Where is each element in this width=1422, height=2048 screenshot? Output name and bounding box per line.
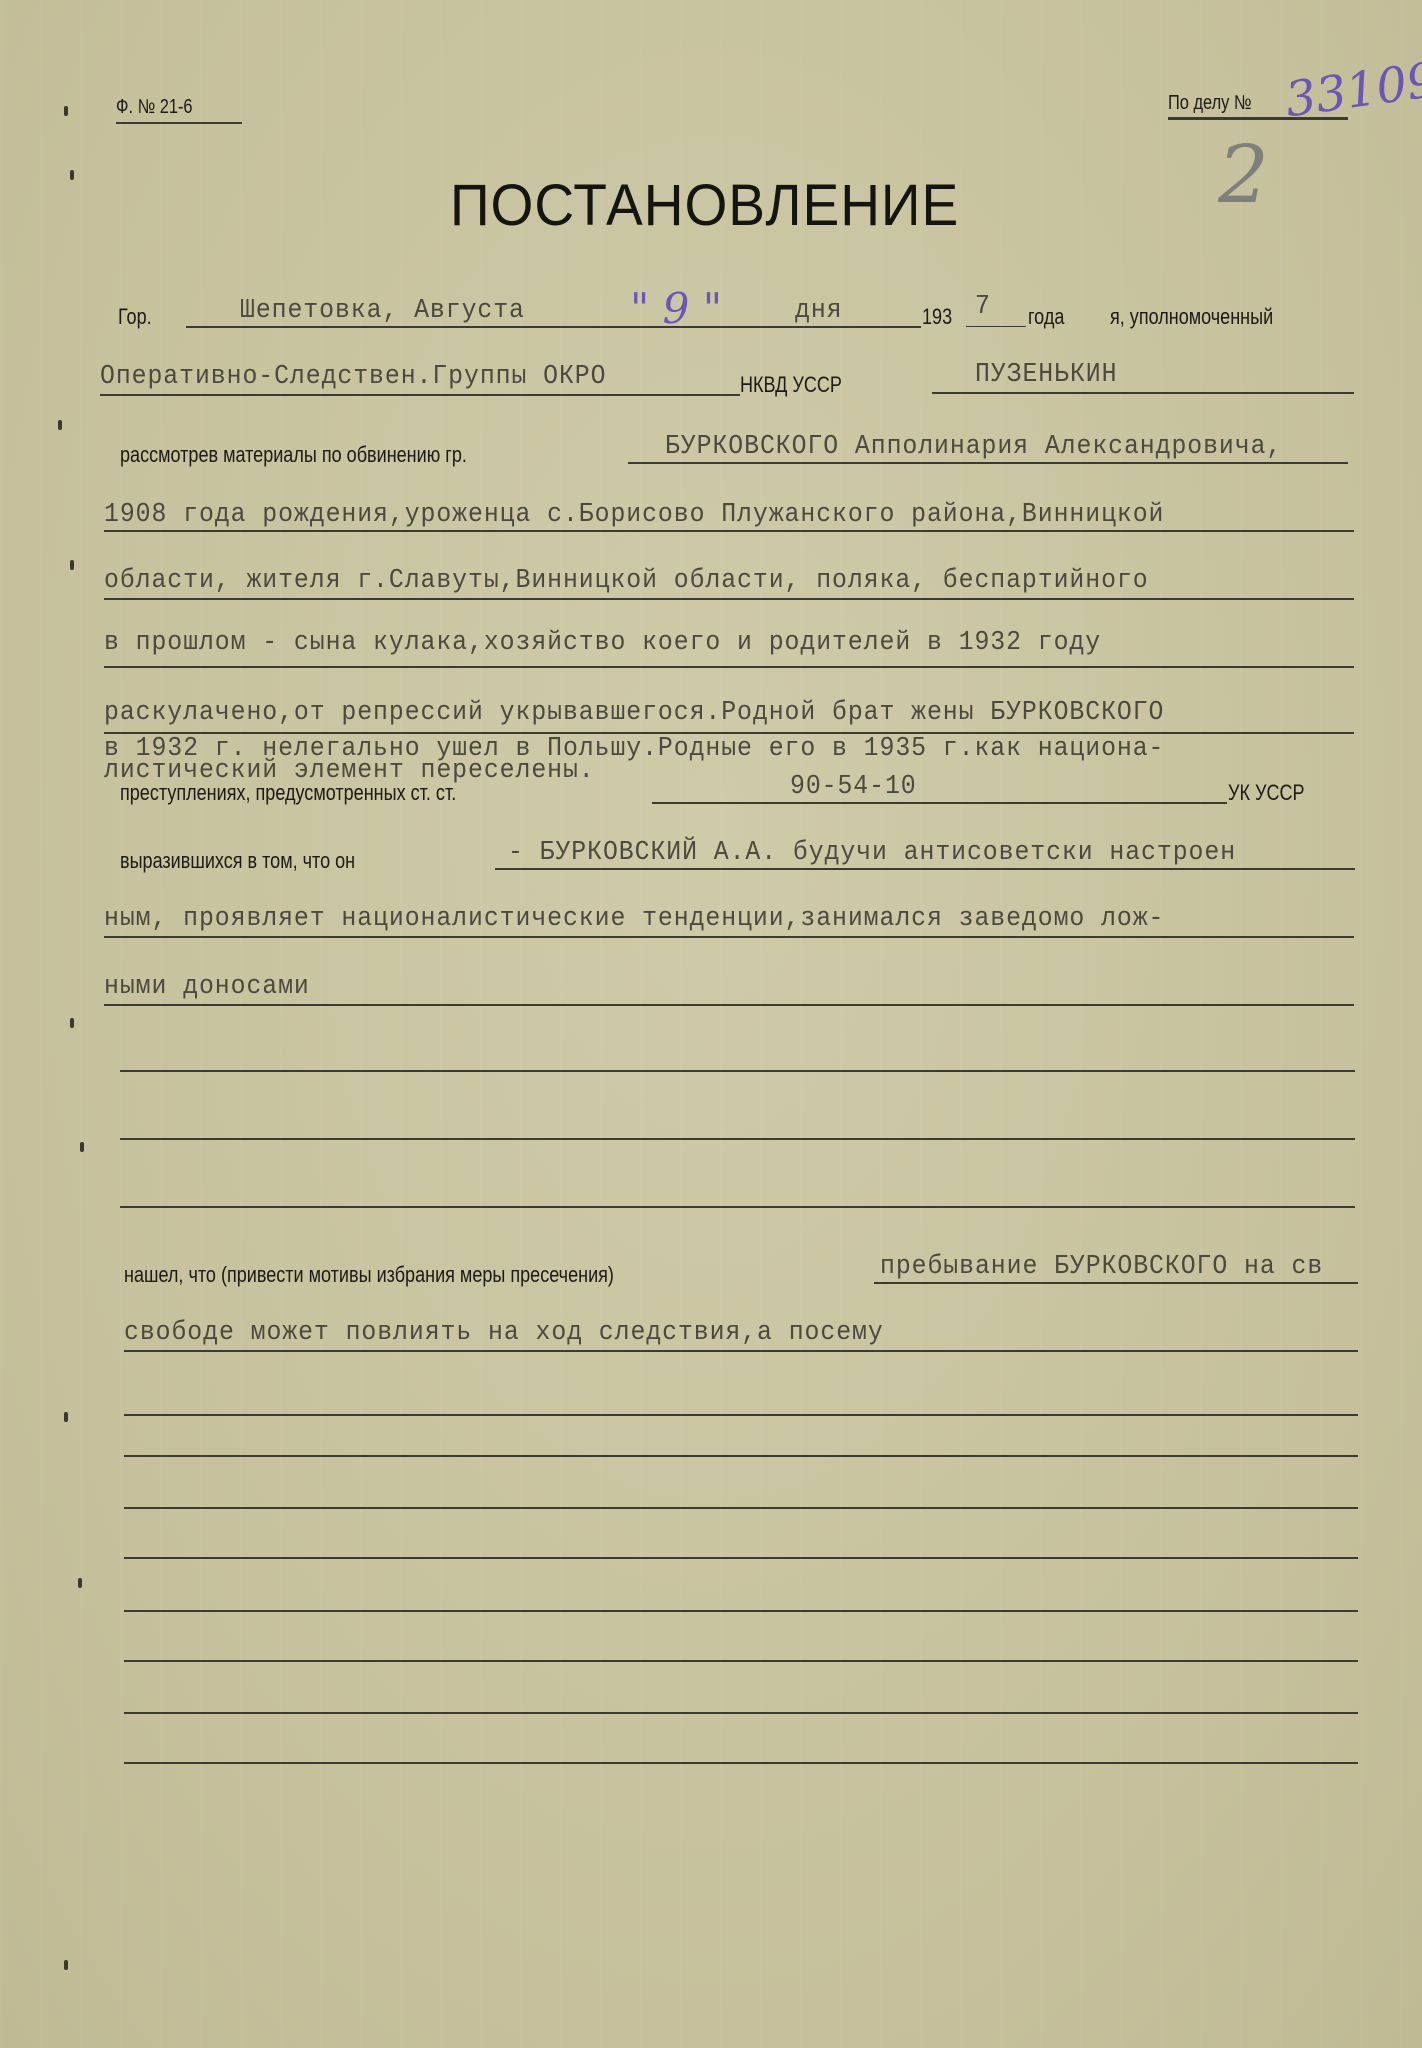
motive-line: свободе может повлиять на ход следствия,… bbox=[124, 1318, 884, 1348]
binding-hole-mark bbox=[78, 1578, 82, 1588]
blank-line bbox=[124, 1762, 1358, 1764]
code-label: УК УССР bbox=[1228, 780, 1305, 806]
binding-hole-mark bbox=[58, 420, 62, 430]
binding-hole-mark bbox=[70, 560, 74, 570]
blank-line bbox=[120, 1070, 1355, 1072]
expressed-label: выразившихся в том, что он bbox=[120, 848, 355, 874]
city-label: Гор. bbox=[118, 304, 152, 330]
unit-value: Оперативно-Следствен.Группы ОКРО bbox=[100, 362, 606, 392]
blank-line bbox=[124, 1507, 1358, 1509]
accused-underline bbox=[628, 462, 1348, 464]
charge-underline bbox=[495, 868, 1355, 870]
charge-line: ным, проявляет националистические тенден… bbox=[104, 904, 1164, 934]
articles-underline bbox=[652, 802, 1227, 804]
blank-line bbox=[124, 1610, 1358, 1612]
form-number-underline bbox=[116, 122, 242, 124]
blank-line bbox=[120, 1138, 1355, 1140]
day-label: дня bbox=[795, 296, 842, 326]
blank-line bbox=[124, 1660, 1358, 1662]
binding-hole-mark bbox=[70, 1018, 74, 1028]
charge-line: - БУРКОВСКИЙ А.А. будучи антисоветски на… bbox=[508, 838, 1236, 868]
year-suffix: 7 bbox=[975, 292, 991, 322]
blank-line bbox=[124, 1455, 1358, 1457]
blank-line bbox=[124, 1414, 1358, 1416]
blank-line bbox=[124, 1557, 1358, 1559]
city-date-underline bbox=[186, 326, 921, 328]
materials-label: рассмотрев материалы по обвинению гр. bbox=[120, 442, 467, 468]
year-prefix: 193 bbox=[922, 304, 952, 330]
officer-name-underline bbox=[932, 392, 1354, 394]
bio-line: раскулачено,от репрессий укрывавшегося.Р… bbox=[104, 698, 1164, 728]
sheet-number-pencil: 2 bbox=[1218, 128, 1269, 221]
bio-underline bbox=[104, 530, 1354, 532]
case-number-handwritten: 33109 bbox=[1282, 52, 1422, 129]
charge-underline bbox=[104, 936, 1354, 938]
binding-hole-mark bbox=[64, 1412, 68, 1422]
accused-name: БУРКОВСКОГО Апполинария Александровича, bbox=[665, 432, 1282, 462]
case-label: По делу № bbox=[1168, 92, 1252, 115]
bio-line: 1908 года рождения,уроженца с.Борисово П… bbox=[104, 500, 1164, 530]
city-value: Шепетовка, Августа bbox=[240, 296, 525, 326]
officer-name: ПУЗЕНЬКИН bbox=[975, 360, 1117, 390]
bio-line: в прошлом - сына кулака,хозяйство коего … bbox=[104, 628, 1101, 658]
motive-underline bbox=[874, 1282, 1358, 1284]
crimes-label: преступлениях, предусмотренных ст. ст. bbox=[120, 780, 456, 806]
bio-line: области, жителя г.Славуты,Винницкой обла… bbox=[104, 566, 1149, 596]
articles-value: 90-54-10 bbox=[790, 772, 917, 802]
motive-line: пребывание БУРКОВСКОГО на св bbox=[880, 1252, 1323, 1282]
binding-hole-mark bbox=[64, 106, 68, 116]
year-label: года bbox=[1028, 304, 1064, 330]
binding-hole-mark bbox=[70, 170, 74, 180]
motive-underline bbox=[124, 1350, 1358, 1352]
officer-label: я, уполномоченный bbox=[1110, 304, 1273, 330]
nkvd-label: НКВД УССР bbox=[740, 372, 842, 398]
year-underline bbox=[966, 326, 1026, 327]
blank-line bbox=[124, 1712, 1358, 1714]
form-number: Ф. № 21-6 bbox=[116, 96, 193, 119]
binding-hole-mark bbox=[80, 1142, 84, 1152]
bio-underline bbox=[104, 666, 1354, 668]
unit-underline bbox=[100, 394, 740, 396]
blank-line bbox=[120, 1206, 1355, 1208]
bio-underline bbox=[104, 598, 1354, 600]
charge-underline bbox=[104, 1004, 1354, 1006]
binding-hole-mark bbox=[64, 1960, 68, 1970]
found-label: нашел, что (привести мотивы избрания мер… bbox=[124, 1262, 614, 1288]
page-title: ПОСТАНОВЛЕНИЕ bbox=[450, 172, 959, 239]
charge-line: ными доносами bbox=[104, 972, 310, 1002]
